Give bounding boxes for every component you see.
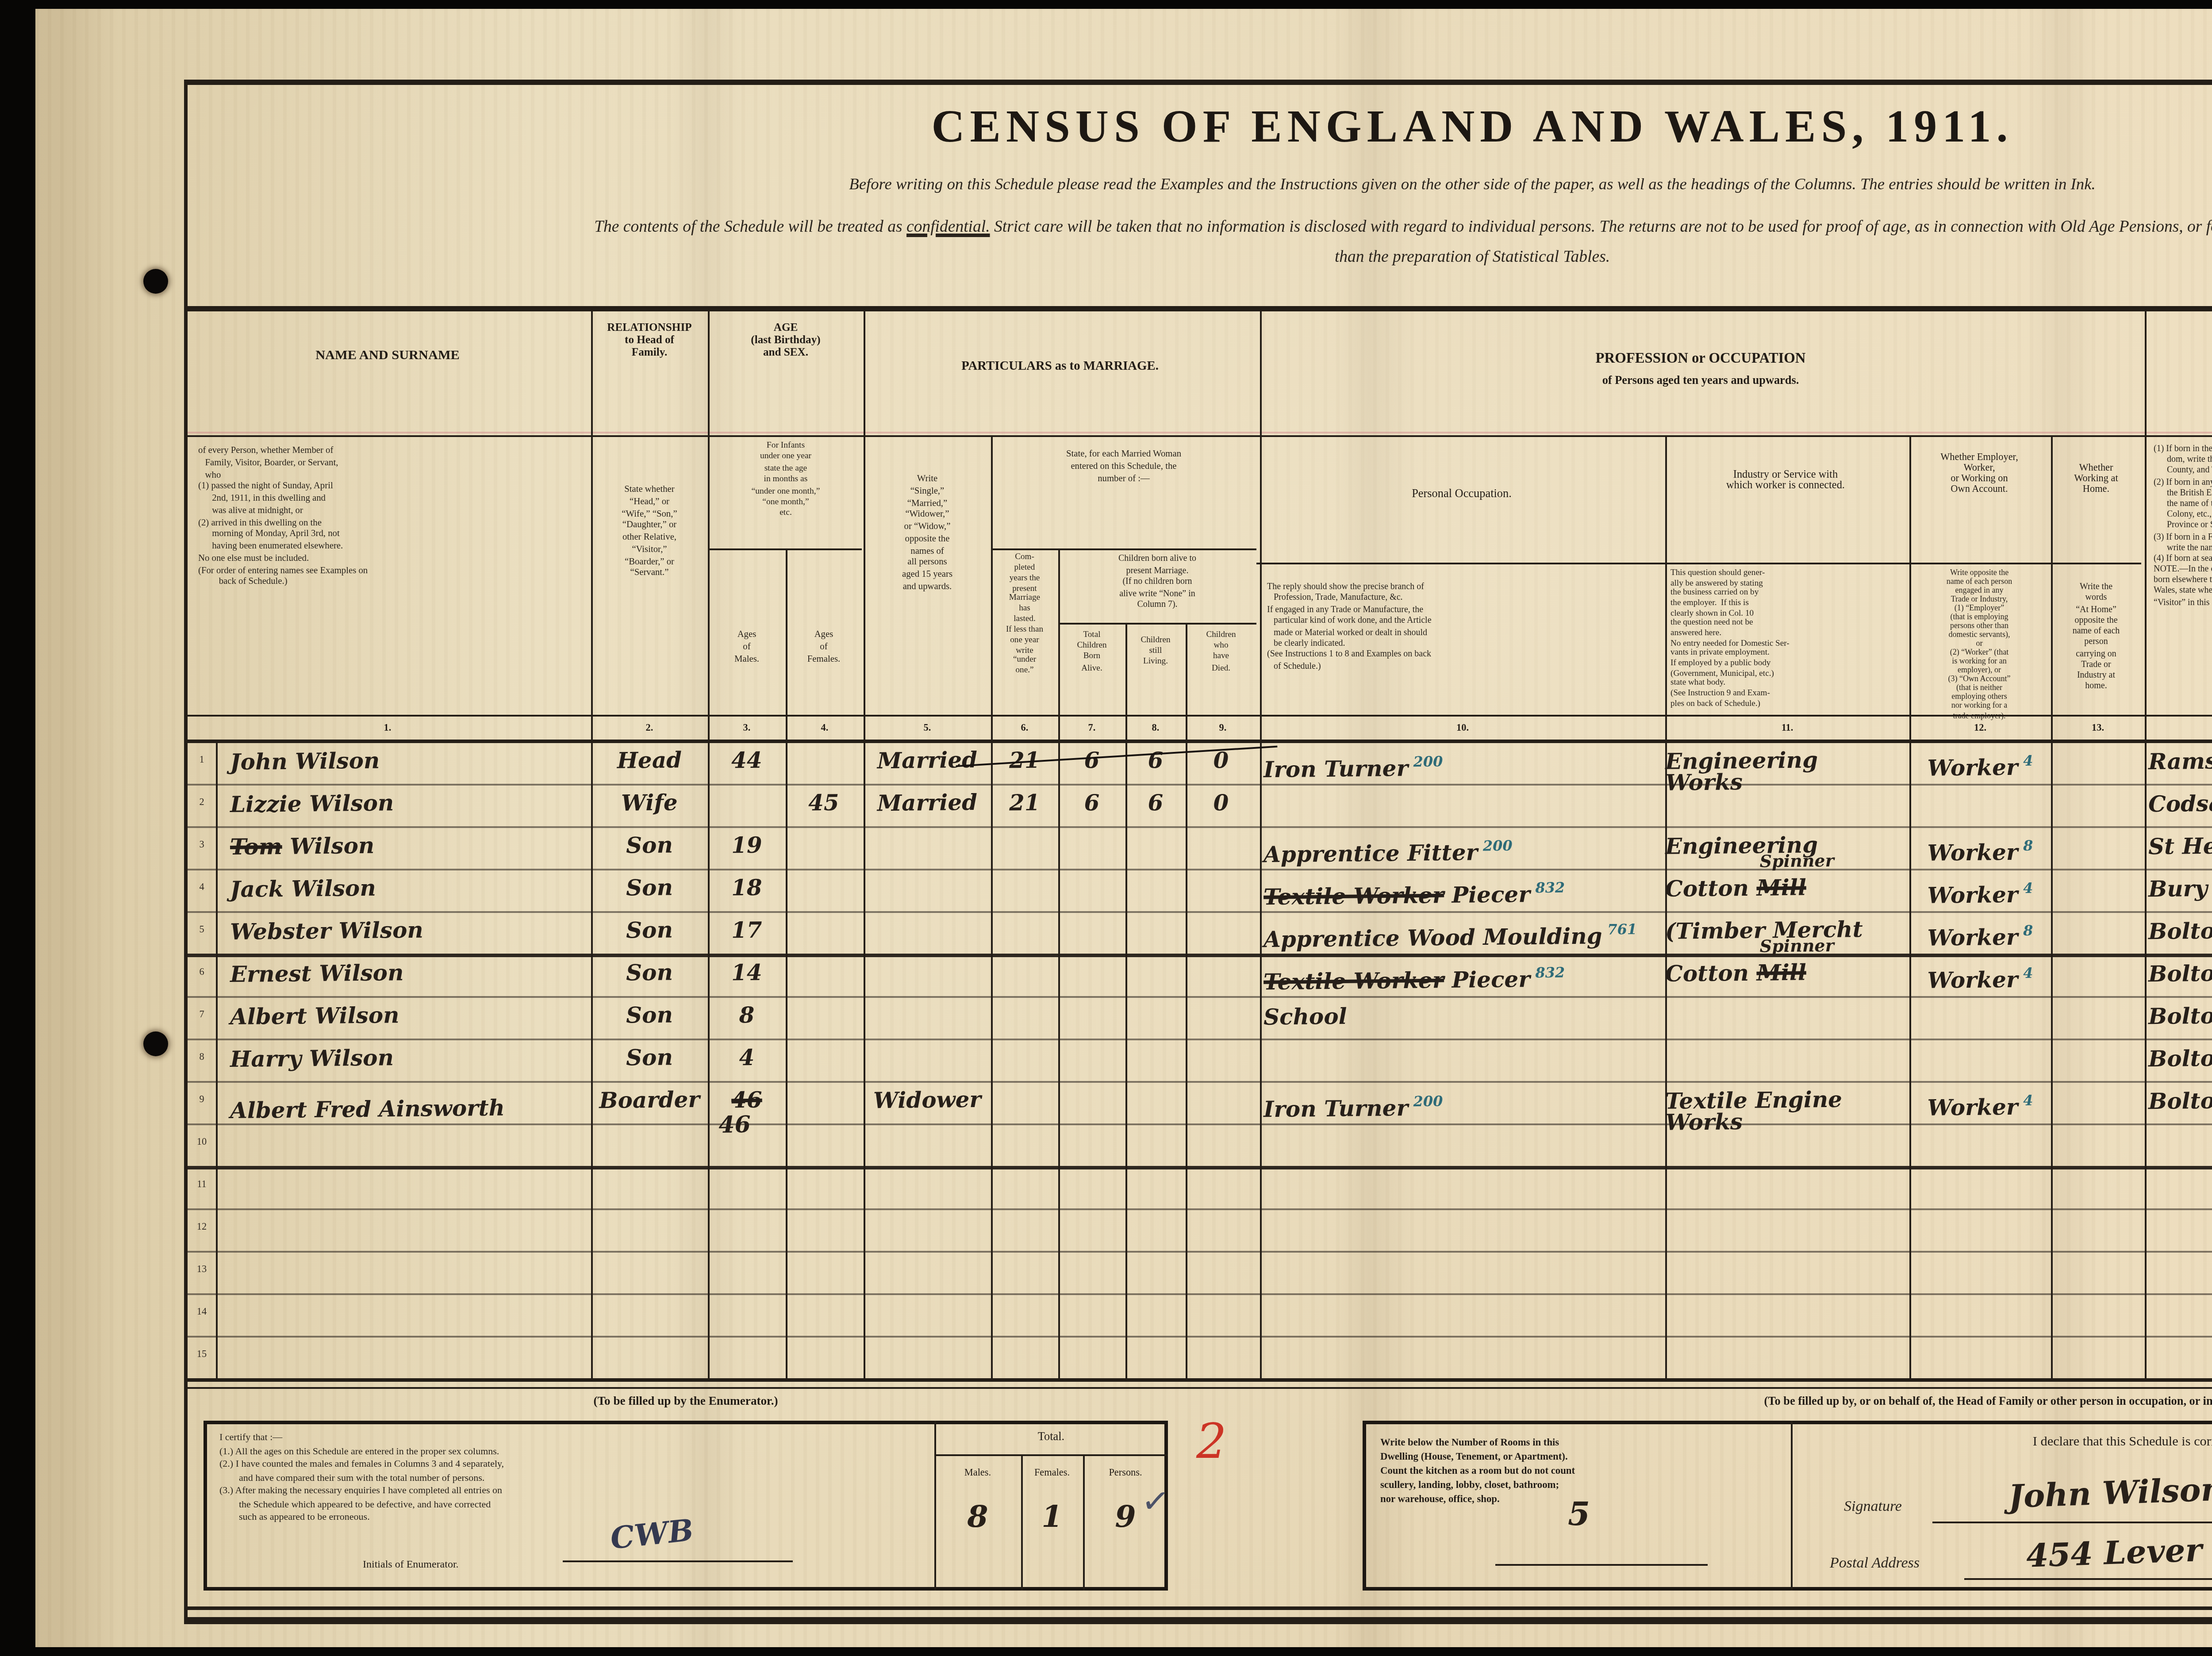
- table-row: 8Harry WilsonSon4Bolton Lane: [0, 1039, 2212, 1081]
- cell-age_m: 19: [708, 826, 786, 869]
- enumerator-section-title: (To be filled up by the Enumerator.): [204, 1396, 1168, 1408]
- cell-n: 15: [184, 1336, 219, 1378]
- column-number: 12.: [1909, 718, 2051, 741]
- cell-born: 6: [1058, 783, 1126, 827]
- cell-n: 3: [184, 826, 219, 869]
- cell-n: 14: [184, 1293, 219, 1336]
- marriage-note-rule: [991, 548, 1256, 550]
- cell-age_m: 14: [708, 953, 786, 997]
- col-body-personal-occupation: The reply should show the precise branch…: [1267, 584, 1660, 675]
- col-note-married-woman: State, for each Married Woman entered on…: [993, 449, 1255, 485]
- cell-rel: Wife: [595, 783, 705, 827]
- cell-ind: Cotton MillSpinner: [1665, 952, 1903, 997]
- cell-age_m: 44: [708, 741, 786, 784]
- cell-birth: Codsall Staffordshire: [2148, 782, 2212, 828]
- form-bottom-rule: [184, 1606, 2212, 1610]
- confidential-pre: The contents of the Schedule will be tre…: [594, 219, 906, 237]
- col-header-birthplace: BIRTHPLACE of every person.: [2145, 347, 2212, 375]
- profession-title-2: of Persons aged ten years and upwards.: [1260, 375, 2141, 387]
- table-row: 13: [0, 1251, 2212, 1293]
- census-scan: Number of Schedule 179 (To be filled up …: [0, 0, 2212, 1656]
- numberstrip-top-rule: [184, 715, 2212, 717]
- cell-n: 11: [184, 1166, 219, 1208]
- cell-name: John Wilson: [219, 740, 588, 786]
- header-column-divider: [864, 310, 865, 717]
- col-header-marriage: PARTICULARS as to MARRIAGE.: [864, 359, 1256, 373]
- cell-occ: Iron Turner200: [1263, 739, 1660, 786]
- cell-n: 12: [184, 1208, 219, 1251]
- table-row: 7Albert WilsonSon8SchoolBolton Lane: [0, 996, 2212, 1039]
- cell-n: 10: [184, 1123, 219, 1166]
- table-row: 15: [0, 1336, 2212, 1378]
- males-label: Males.: [934, 1468, 1021, 1479]
- cell-occ: School: [1263, 994, 1660, 1040]
- pink-rule: [184, 432, 2212, 433]
- cell-name: Jack Wilson: [219, 867, 588, 913]
- enumerator-certify-text: I certify that :— (1.) All the ages on t…: [219, 1433, 920, 1527]
- column-number: 1.: [184, 718, 591, 741]
- col-header-age: AGE (last Birthday) and SEX.: [711, 322, 860, 359]
- col-body-marriage-status: Write “Single,” “Married,” “Widower,” or…: [865, 474, 989, 594]
- cell-rel: Boarder: [595, 1081, 705, 1124]
- males-total: 8: [934, 1500, 1021, 1536]
- cell-age_m: 8: [708, 996, 786, 1039]
- cell-age_m: 4: [708, 1038, 786, 1081]
- table-row: 2Lizzie WilsonWife45Married21660Codsall …: [0, 784, 2212, 826]
- cell-rel: Son: [595, 826, 705, 870]
- persons-label: Persons.: [1083, 1468, 1168, 1479]
- table-row: 14: [0, 1293, 2212, 1336]
- cell-age_m: 17: [708, 911, 786, 954]
- col-body-industry: This question should gener- ally be answ…: [1671, 570, 1902, 710]
- rooms-divider: [1791, 1421, 1793, 1591]
- cell-birth: Bolton Lane: [2148, 1037, 2212, 1082]
- cell-status: Worker4: [1913, 1080, 2048, 1124]
- cell-rel: Head: [595, 741, 705, 785]
- col-header-name: NAME AND SURNAME: [184, 347, 591, 363]
- cell-age_f: 45: [786, 783, 862, 827]
- header-column-divider: [1909, 435, 1911, 717]
- cell-name: Tom Wilson: [219, 824, 588, 871]
- cell-status: Worker4: [1913, 953, 2048, 997]
- cell-n: 6: [184, 954, 219, 996]
- column-number: 13.: [2051, 718, 2145, 741]
- cell-age_m: 18: [708, 868, 786, 912]
- confidential-post: Strict care will be taken that no inform…: [990, 219, 2212, 237]
- column-number: 3.: [708, 718, 786, 741]
- col-body-working-at-home: Write the words “At Home” opposite the n…: [2055, 584, 2138, 694]
- header-column-divider: [1186, 623, 1187, 717]
- column-number: 7.: [1058, 718, 1125, 741]
- signature-line: [1932, 1522, 2212, 1523]
- profession-title-1: PROFESSION or OCCUPATION: [1596, 350, 1806, 366]
- table-row: 12: [0, 1208, 2212, 1251]
- cell-rel: Son: [595, 1038, 705, 1082]
- header-column-divider: [786, 548, 787, 717]
- header-title-rule: [184, 435, 2212, 437]
- cell-died: 0: [1186, 783, 1257, 827]
- signature-value: John Wilson: [2008, 1472, 2212, 1517]
- header-column-divider: [1058, 548, 1060, 717]
- householder-section-title: (To be filled up by, or on behalf of, th…: [1363, 1396, 2212, 1408]
- total-rule: [934, 1454, 1168, 1456]
- col-header-profession: PROFESSION or OCCUPATION: [1260, 350, 2141, 366]
- col-sub-ages-males: Ages of Males.: [708, 630, 786, 666]
- postal-address-line: [1964, 1578, 2212, 1580]
- cell-occ: Iron Turner200: [1263, 1079, 1660, 1125]
- total-label: Total.: [934, 1431, 1168, 1444]
- column-number: 10.: [1260, 718, 1665, 741]
- col-sub-children-died: Children who have Died.: [1186, 632, 1256, 676]
- cell-n: 8: [184, 1039, 219, 1081]
- females-total: 1: [1021, 1500, 1083, 1536]
- column-number: 9.: [1186, 718, 1260, 741]
- table-row: 1John WilsonHead44Married21660Iron Turne…: [0, 741, 2212, 784]
- signature-label: Signature: [1844, 1497, 1902, 1514]
- col-body-name: of every Person, whether Member of Famil…: [198, 446, 580, 589]
- checkmark-annotation: ✓: [1140, 1481, 1172, 1523]
- cell-status: Worker8: [1913, 825, 2048, 869]
- col-sub-children-living: Children still Living.: [1125, 637, 1186, 670]
- cell-rel: Son: [595, 953, 705, 997]
- cell-living: 6: [1125, 783, 1186, 826]
- table-top-border: [184, 306, 2212, 310]
- cell-n: 2: [184, 784, 219, 826]
- cell-n: 4: [184, 869, 219, 911]
- cell-born: 6: [1058, 741, 1126, 784]
- col-subheader-personal-occupation: Personal Occupation.: [1260, 488, 1663, 501]
- table-row: 3Tom WilsonSon19Apprentice Fitter200Engi…: [0, 826, 2212, 869]
- cell-rel: Son: [595, 868, 705, 912]
- confidential-underlined: confidential.: [906, 219, 990, 237]
- column-number: 11.: [1665, 718, 1909, 741]
- col-sub-total-children: Total Children Born Alive.: [1058, 632, 1125, 676]
- rooms-line: [1495, 1564, 1708, 1566]
- cell-ind: Textile Engine Works: [1665, 1080, 1903, 1125]
- confidential-note: The contents of the Schedule will be tre…: [184, 219, 2212, 237]
- cell-n: 7: [184, 996, 219, 1039]
- header-column-divider: [991, 435, 993, 717]
- table-row: 6Ernest WilsonSon14Textile Worker Piecer…: [0, 954, 2212, 996]
- col-sub-ages-females: Ages of Females.: [786, 630, 862, 666]
- punch-hole-icon: [143, 269, 168, 294]
- cell-birth: Bolton Lane: [2148, 995, 2212, 1040]
- profession-subtitle-rule: [1256, 563, 2141, 564]
- table-row: 4Jack WilsonSon18Textile Worker Piecer83…: [0, 869, 2212, 911]
- females-label: Females.: [1021, 1468, 1083, 1479]
- cell-n: 13: [184, 1251, 219, 1293]
- cell-status: Worker4: [1913, 740, 2048, 784]
- page-title: CENSUS OF ENGLAND AND WALES, 1911.: [184, 101, 2212, 154]
- age-sub-rule: [708, 548, 862, 550]
- cell-birth: Bolton Lane: [2148, 910, 2212, 955]
- col-subheader-working-at-home: Whether Working at Home.: [2051, 464, 2141, 495]
- cell-name: Ernest Wilson: [219, 952, 588, 998]
- cell-status: Worker8: [1913, 910, 2048, 954]
- table-row: 9Albert Fred AinsworthBoarder4646Widower…: [0, 1081, 2212, 1123]
- table-bottom-rule: [184, 1378, 2212, 1383]
- cell-birth: Bolton Lane: [2148, 1080, 2212, 1125]
- column-number: 4.: [786, 718, 864, 741]
- cell-occ: Apprentice Fitter200: [1263, 824, 1660, 870]
- form-top-border: [184, 80, 2212, 84]
- header-column-divider: [591, 310, 593, 717]
- col-subheader-industry: Industry or Service with which worker is…: [1665, 471, 1906, 492]
- column-number: 6.: [991, 718, 1058, 741]
- cell-living: 6: [1125, 741, 1186, 784]
- red-number-annotation: 2: [1196, 1415, 1227, 1470]
- col-body-birthplace: (1) If born in the United King- dom, wri…: [2154, 446, 2212, 610]
- rooms-value: 5: [1568, 1497, 1590, 1534]
- header-column-divider: [1260, 310, 1262, 717]
- cell-marr: Married: [864, 783, 991, 827]
- cell-rel: Son: [595, 911, 705, 954]
- cell-occ: Apprentice Wood Moulding761: [1263, 909, 1660, 955]
- column-number: 14.: [2145, 718, 2212, 741]
- cell-name: Albert Wilson: [219, 994, 588, 1041]
- initials-line: [563, 1560, 793, 1562]
- header-column-divider: [2051, 435, 2053, 717]
- column-number: 5.: [864, 718, 991, 741]
- cell-marr: Married: [864, 740, 991, 784]
- cell-occ: Textile Worker Piecer832: [1263, 866, 1660, 913]
- header-column-divider: [1665, 435, 1667, 717]
- col-body-completed-years: Com- pleted years the present Marriage h…: [991, 554, 1058, 678]
- table-row: 10: [0, 1123, 2212, 1166]
- cell-years: 21: [991, 783, 1059, 827]
- confidential-note-line2: than the preparation of Statistical Tabl…: [184, 249, 2212, 267]
- column-number: 2.: [591, 718, 708, 741]
- declaration-text: I declare that this Schedule is correctl…: [1823, 1433, 2212, 1449]
- form-bottom-border: [184, 1617, 2212, 1624]
- header-column-divider: [708, 310, 710, 717]
- cell-n: 5: [184, 911, 219, 954]
- col-subheader-employer-worker: Whether Employer, Worker, or Working on …: [1909, 453, 2049, 495]
- page-subtitle: Before writing on this Schedule please r…: [184, 175, 2212, 193]
- cell-occ: Textile Worker Piecer832: [1263, 951, 1660, 998]
- table-row: 11: [0, 1166, 2212, 1208]
- cell-ind: Engineering Works: [1665, 740, 1903, 785]
- header-column-divider: [2145, 310, 2147, 717]
- cell-n: 9: [184, 1081, 219, 1123]
- cell-birth: St Helens Lane: [2148, 825, 2212, 870]
- cell-rel: Son: [595, 996, 705, 1039]
- cell-marr: Widower: [864, 1080, 991, 1124]
- cell-ind: Cotton MillSpinner: [1665, 867, 1903, 912]
- col-header-relationship: RELATIONSHIP to Head of Family.: [595, 322, 704, 359]
- col-body-relationship: State whether “Head,” or “Wife,” “Son,” …: [596, 485, 703, 580]
- cell-name: Lizzie Wilson: [219, 782, 588, 828]
- table-bottom-rule2: [184, 1387, 2212, 1390]
- header-column-divider: [1125, 623, 1127, 717]
- col-body-age: For Infants under one year state the age…: [710, 442, 862, 521]
- col-label-children-born: Children born alive to present Marriage.…: [1062, 556, 1253, 613]
- cell-birth: Bury Lane: [2148, 867, 2212, 912]
- table-row: 5Webster WilsonSon17Apprentice Wood Moul…: [0, 911, 2212, 954]
- cell-birth: Bolton Lane: [2148, 952, 2212, 997]
- children-sub-rule: [1058, 623, 1256, 625]
- column-number: 8.: [1125, 718, 1186, 741]
- cell-name: Webster Wilson: [219, 909, 588, 956]
- cell-n: 1: [184, 741, 219, 784]
- cell-status: Worker4: [1913, 868, 2048, 912]
- cell-age_m: 4646: [708, 1081, 786, 1124]
- cell-name: Harry Wilson: [219, 1037, 588, 1083]
- col-body-employer-worker: Write opposite the name of each person e…: [1913, 568, 2046, 719]
- cell-birth: Ramsbottom Lane: [2148, 740, 2212, 785]
- postal-address-label: Postal Address: [1830, 1553, 1920, 1571]
